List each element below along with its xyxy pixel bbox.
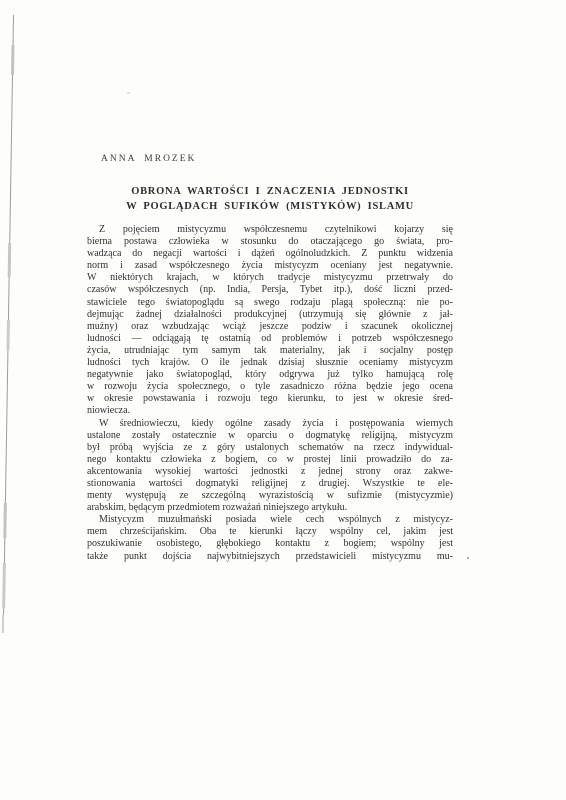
text-line: akcentowania wysokiej wartości jednostki… — [87, 466, 453, 478]
text-line: W średniowieczu, kiedy ogólne zasady życ… — [87, 418, 453, 430]
text-line: był próbą wyjścia ze z góry ustalonych s… — [87, 442, 453, 454]
text-line: negatywnie jako światopogląd, który odgr… — [87, 369, 453, 381]
text-line: stionowania wartości dogmatyki religijne… — [87, 478, 453, 490]
text-line: mem chrześcijańskim. Oba te kierunki łąc… — [87, 526, 453, 538]
text-line: poszukiwanie osobistego, głębokiego kont… — [87, 538, 453, 550]
text-line: w okresie powstawania i rozwoju tego kie… — [87, 393, 453, 405]
text-line: mużny) oraz wzbudzając wciąż jeszcze pod… — [87, 321, 453, 333]
text-line: arabskim, będącym przedmiotem rozważań n… — [87, 502, 453, 514]
text-line: Mistycyzm muzułmański posiada wiele cech… — [87, 514, 453, 526]
scan-edge-patch — [2, 563, 6, 608]
article-title-line-2: W POGLĄDACH SUFIKÓW (MISTYKÓW) ISLAMU — [87, 200, 453, 215]
text-line: w rozwoju życia społecznego, o tyle zasa… — [87, 381, 453, 393]
article-title: OBRONA WARTOŚCI I ZNACZENIA JEDNOSTKI W … — [87, 185, 453, 214]
text-line: czasów współczesnych (np. India, Persja,… — [87, 284, 453, 296]
scanned-page: ANNA MROZEK OBRONA WARTOŚCI I ZNACZENIA … — [0, 0, 566, 800]
scan-edge-patch — [3, 503, 7, 538]
text-line: norm i zasad współczesnego życia mistycy… — [87, 260, 453, 272]
text-line: także punkt dojścia najwybitniejszych pr… — [87, 551, 453, 563]
text-line: Z pojęciem mistycyzmu współczesnemu czyt… — [87, 224, 453, 236]
text-line: stawiciele tego światopoglądu są swego r… — [87, 297, 453, 309]
text-line: ludności — odciągają tę ostatnią od prob… — [87, 333, 453, 345]
body-text: Z pojęciem mistycyzmu współczesnemu czyt… — [87, 224, 453, 563]
text-line: nego kontaktu człowieka z bogiem, co w p… — [87, 454, 453, 466]
scan-edge-patch — [8, 243, 12, 277]
text-line: niowiecza. — [87, 405, 453, 417]
text-line: W niektórych krajach, w których tradycje… — [87, 272, 453, 284]
scan-edge-patch — [2, 615, 4, 633]
text-line: menty występują ze szczególną wyrazistoś… — [87, 490, 453, 502]
text-line: dejmując żadnej działalności produkcyjne… — [87, 309, 453, 321]
text-line: życia, utrudniając tym samym tak materia… — [87, 345, 453, 357]
scan-speck — [467, 557, 469, 559]
scan-speck — [127, 92, 130, 94]
text-line: ludności tych krajów. O ile jednak dzisi… — [87, 357, 453, 369]
text-line: ustalone zostały ostatecznie w oparciu o… — [87, 430, 453, 442]
scan-edge-patch — [6, 320, 9, 350]
text-line: wadząca do negacji wartości i dążeń ogól… — [87, 248, 453, 260]
text-line: bierna postawa człowieka w stosunku do o… — [87, 236, 453, 248]
scan-edge-line — [2, 15, 16, 633]
scan-edge-patch — [11, 45, 14, 75]
article-title-line-1: OBRONA WARTOŚCI I ZNACZENIA JEDNOSTKI — [87, 185, 453, 200]
author-name: ANNA MROZEK — [101, 154, 196, 164]
